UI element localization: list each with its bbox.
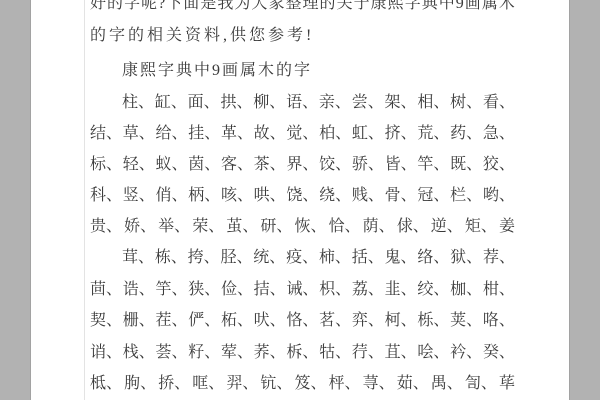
char-list-p2-line-5: 柢、朐、挢、哐、羿、钪、笈、枰、荨、茹、禺、訇、荜 bbox=[90, 373, 515, 394]
char-list-p2-line-3: 契、栅、茬、俨、柘、吠、恪、茗、弈、柯、栎、荚、咯、 bbox=[90, 310, 515, 331]
page-edge-line bbox=[84, 0, 85, 400]
right-margin-band bbox=[569, 0, 600, 400]
char-list-p1-line-1: 柱、缸、面、拱、柳、语、亲、尝、架、相、树、看、 bbox=[122, 92, 515, 113]
char-list-p1-line-5: 贵、娇、举、荣、茧、研、恢、恰、荫、俅、逆、矩、姜 bbox=[90, 216, 515, 237]
intro-line-1: 好的字呢?下面是我为大家整理的关于康熙字典中9画属木 bbox=[90, 0, 515, 14]
document-page: 好的字呢?下面是我为大家整理的关于康熙字典中9画属木 的字的相关资料,供您参考!… bbox=[0, 0, 600, 400]
section-title: 康熙字典中9画属木的字 bbox=[122, 60, 515, 81]
left-margin-band bbox=[0, 0, 31, 400]
char-list-p2-line-4: 诮、栈、荟、籽、荤、荞、柝、牯、荇、苴、哙、衿、癸、 bbox=[90, 342, 515, 363]
char-list-p1-line-3: 标、轻、蚁、茵、客、茶、界、饺、骄、皆、竿、既、狡、 bbox=[90, 154, 515, 175]
char-list-p1-line-4: 科、竖、俏、柄、咳、哄、饶、绕、贱、骨、冠、栏、哟、 bbox=[90, 185, 515, 206]
intro-line-2: 的字的相关资料,供您参考! bbox=[90, 25, 515, 46]
char-list-p2-line-2: 茴、诰、竽、狭、俭、拮、诫、枳、荔、韭、绞、枷、柑、 bbox=[90, 279, 515, 300]
char-list-p1-line-2: 结、草、给、挂、革、故、觉、柏、虹、挤、荒、药、急、 bbox=[90, 123, 515, 144]
char-list-p2-line-1: 茸、栋、挎、胫、统、疫、柿、括、鬼、络、狱、荐、 bbox=[122, 247, 515, 268]
